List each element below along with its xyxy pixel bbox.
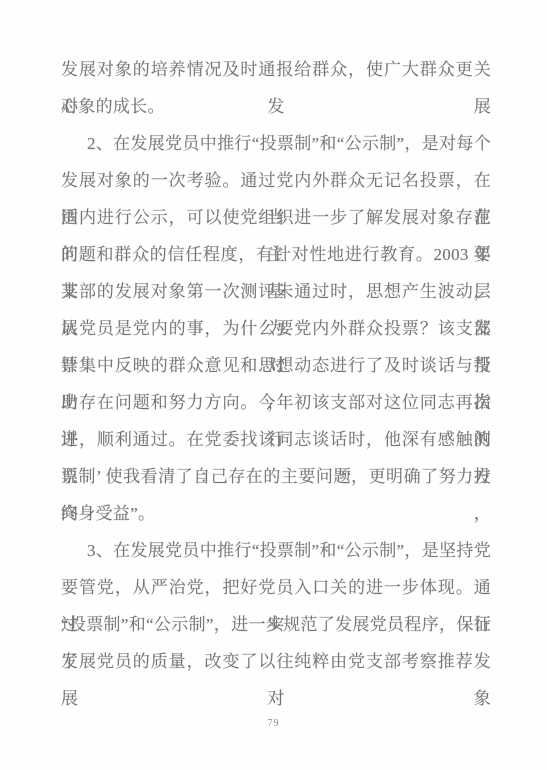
page-number: 79 [0, 718, 547, 729]
text-line: 2、在发展党员中推行“投票制”和“公示制”，是对每个 [61, 125, 491, 162]
text-line: 发展对象的培养情况及时通报给群众，使广大群众更关心发展 [61, 51, 491, 88]
text-line: 发展党员的质量，改变了以往纯粹由党支部考察推荐发展对象 [61, 643, 491, 680]
text-line: 围内进行公示，可以使党组织进一步了解发展对象存在的主要 [61, 199, 491, 236]
text-line: “投票制”和“公示制”，进一步规范了发展党员程序，保证了 [61, 606, 491, 643]
text-line: 3、在发展党员中推行“投票制”和“公示制”，是坚持党 [61, 532, 491, 569]
text-body: 发展对象的培养情况及时通报给群众，使广大群众更关心发展对象的成长。2、在发展党员… [61, 51, 491, 680]
text-line: 展党员是党内的事，为什么要党内外群众投票？该支部针对投 [61, 310, 491, 347]
text-line: 问题和群众的信任程度，有针对性地进行教育。2003 年某基层 [61, 236, 491, 273]
text-line: 票制’ 使我看清了自己存在的主要问题，更明确了努力方向， [61, 458, 491, 495]
text-line: 评，顺利通过。在党委找该同志谈话时，他深有感触的说：“‘投 [61, 421, 491, 458]
text-line: 要管党，从严治党，把好党员入口关的进一步体现。通过实行 [61, 569, 491, 606]
text-line: 支部的发展对象第一次测评未通过时，思想产生波动，认为发 [61, 273, 491, 310]
text-line: 票集中反映的群众意见和思想动态进行了及时谈话与帮助，指 [61, 347, 491, 384]
text-line: 发展对象的一次考验。通过党内外群众无记名投票，在适当范 [61, 162, 491, 199]
document-page: 发展对象的培养情况及时通报给群众，使广大群众更关心发展对象的成长。2、在发展党员… [0, 0, 547, 770]
text-line: 出存在问题和努力方向。今年初该支部对这位同志再次进行测 [61, 384, 491, 421]
